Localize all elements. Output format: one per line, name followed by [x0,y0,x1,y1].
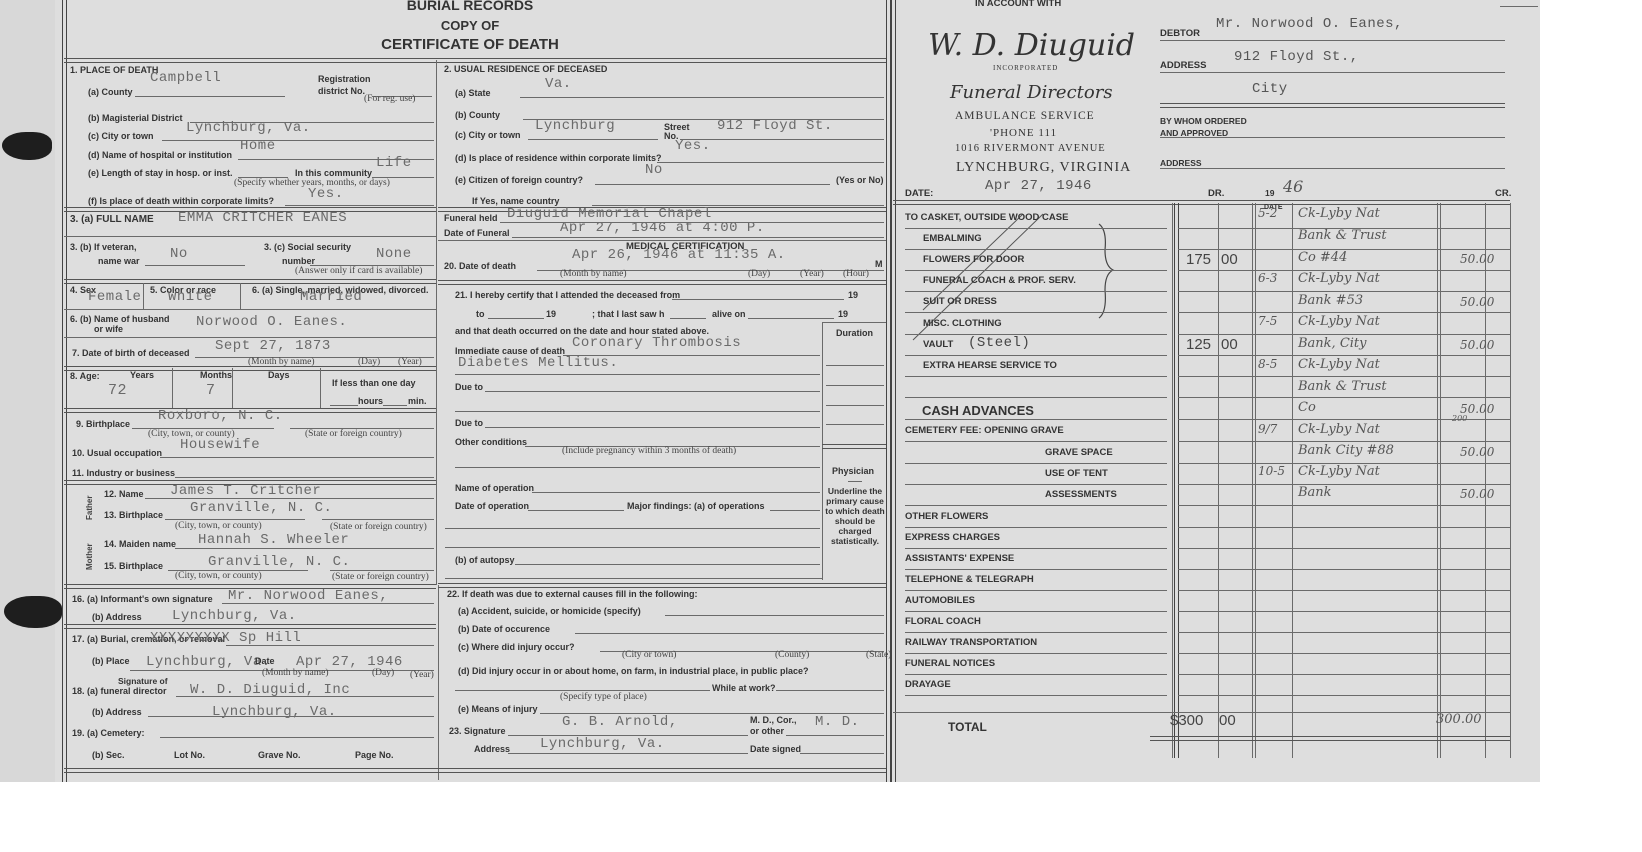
physician-address-label: Address [474,744,510,754]
corporate-field-line[interactable] [285,205,434,206]
due-to-line-3[interactable] [485,427,820,428]
father-tag: Father [85,496,94,520]
ledger-item-label: FLOWERS FOR DOOR [923,254,1024,265]
informant-signature-line[interactable] [222,603,434,604]
payment-note: Bank [1298,485,1332,500]
attended-from-line[interactable] [672,299,844,300]
ssn-label: 3. (c) Social security [264,242,351,252]
ledger-line [905,419,1167,420]
divider [438,280,886,285]
physician-address-line[interactable] [508,753,748,754]
day-note: (Day) [748,269,770,279]
burial-place-label: (b) Place [92,656,130,666]
county-note: (County) [775,650,809,660]
month-note: (Month by name) [560,269,627,279]
father-name-label: 12. Name [104,489,144,499]
citizen-line[interactable] [595,184,830,185]
residence-city-line[interactable] [528,139,658,140]
ledger-amount-line[interactable] [1178,505,1510,506]
payment-note: Bank City #88 [1298,443,1394,458]
veteran-label-2: name war [98,256,140,266]
funeral-date-line[interactable] [512,237,884,238]
ledger-line [905,611,1167,612]
birthplace-label: 9. Birthplace [76,419,130,429]
city-note: (City, town, or county) [175,521,262,531]
ledger-item-label: USE OF TENT [1045,468,1108,479]
residence-city-label: (c) City or town [455,130,521,140]
ledger-debit-amount: 125 [1186,336,1211,353]
header-certificate-title: CERTIFICATE OF DEATH [330,36,610,53]
ledger-line [905,632,1167,633]
years-label: Years [130,370,154,380]
payment-note: Ck-Lyby Nat [1298,464,1380,479]
divider [64,309,436,310]
payment-note: Ck-Lyby Nat [1298,206,1380,221]
operation-date-line[interactable] [528,510,624,511]
veteran-field-line[interactable] [145,265,245,266]
ledger-item-label: RAILWAY TRANSPORTATION [905,637,1037,648]
payment-date: 5-2 [1258,206,1277,220]
mother-state-line[interactable] [330,570,434,571]
payment-date: 8-5 [1258,357,1277,371]
ledger-item-label: SUIT OR DRESS [923,296,997,307]
payment-credit: 50.00 [1460,252,1494,266]
death-date-label: 20. Date of death [444,261,516,271]
ledger-line [905,569,1167,570]
state-note: (State or foreign country) [332,572,429,582]
divider [232,368,233,408]
registration-label: Registration [318,74,371,84]
immediate-cause-value: Coronary Thrombosis [572,335,741,351]
ledger-line [905,397,1167,398]
ledger-item-label: ASSESSMENTS [1045,489,1117,500]
year-prefix: 19 [1265,188,1274,198]
in-account-with: IN ACCOUNT WITH [975,0,1061,9]
marital-value: Married [300,289,362,305]
payment-note: Ck-Lyby Nat [1298,271,1380,286]
ledger-amount-line[interactable] [1178,376,1510,377]
birthplace-value: Roxboro, N. C. [158,408,283,424]
registration-label-2: district No. [318,86,365,96]
community-value: Life [376,155,412,171]
while-at-work-line[interactable] [776,690,884,691]
full-name-label: 3. (a) FULL NAME [70,214,154,225]
father-birthplace-label: 13. Birthplace [104,510,163,520]
months-label: Months [200,370,232,380]
alive-on-line[interactable] [748,318,834,319]
months-value: 7 [206,382,216,399]
date-signed-label: Date signed [750,744,801,754]
mother-tag: Mother [85,543,94,570]
divider [240,283,241,309]
findings-line-2[interactable] [445,528,820,529]
funeral-date-label: Date of Funeral [444,228,510,238]
ledger-debit-cents: 00 [1221,251,1238,268]
residence-corporate-label: (d) Is place of residence within corpora… [455,153,662,163]
while-at-work-label: While at work? [712,683,776,693]
operation-label: Name of operation [455,483,534,493]
residence-state-line[interactable] [520,97,884,98]
debtor-address-1: 912 Floyd St., [1234,49,1359,65]
ledger-line [905,653,1167,654]
alive-on-label: alive on [712,309,746,319]
residence-county-label: (b) County [455,110,500,120]
ledger-column-line [1172,203,1173,758]
occupation-field-line[interactable] [160,457,434,458]
residence-state-value: Va. [545,76,572,92]
director-address-value: Lynchburg, Va. [212,704,337,720]
injury-place-line[interactable] [455,690,710,691]
findings-line-3[interactable] [445,547,820,548]
ordered-by-line[interactable] [1160,137,1505,138]
ledger-amount-line[interactable] [1178,548,1510,549]
yes-no-note: (Yes or No) [836,175,884,185]
divider [445,578,823,579]
company-city: LYNCHBURG, VIRGINIA [956,160,1131,176]
age-label: 8. Age: [70,371,100,381]
dob-value: Sept 27, 1873 [215,338,331,354]
secondary-cause-line[interactable] [455,374,820,375]
ledger-item-label: DRAYAGE [905,679,951,690]
debit-label: DR. [1208,188,1224,199]
total-double-underline [1150,736,1510,741]
due-to-line-2[interactable] [455,411,820,412]
year-note: (Year) [800,269,824,279]
injury-location-label: (c) Where did injury occur? [458,642,575,652]
attended-to-line[interactable] [488,318,544,319]
ledger-item-label: ASSISTANTS' EXPENSE [905,553,1014,564]
burial-value: XXXXXXXXX Sp Hill [150,630,301,646]
physician-signature-value: G. B. Arnold, [562,714,678,730]
ledger-item-label: CASH ADVANCES [922,403,1034,418]
duration-column-border [822,322,823,580]
race-value: White [168,289,213,305]
ledger-line [905,312,1167,313]
corporate-label: (f) Is place of death within corporate l… [88,196,274,206]
ledger-item-label: MISC. CLOTHING [923,318,1002,329]
divider [320,368,321,408]
operation-line[interactable] [532,492,820,493]
pregnancy-note: (Include pregnancy within 3 months of de… [562,446,736,456]
physician-title-value: M. D. [815,714,860,730]
occupation-label: 10. Usual occupation [72,448,162,458]
occurrence-date-line[interactable] [575,633,884,634]
magisterial-label: (b) Magisterial District [88,113,183,123]
to-label: to [476,309,485,319]
ledger-item-label: AUTOMOBILES [905,595,975,606]
due-to-line[interactable] [485,391,820,392]
ledger-item-label: TELEPHONE & TELEGRAPH [905,574,1034,585]
ledger-amount-line[interactable] [1178,674,1510,675]
father-birthplace-line[interactable] [165,519,305,520]
ledger-amount-line[interactable] [1178,291,1510,292]
lot-label: Lot No. [174,750,205,760]
physician-label: Physician [832,466,874,476]
secondary-cause-value: Diabetes Mellitus. [458,355,618,371]
ledger-border-left [891,0,896,782]
total-debit: $300 [1170,712,1203,729]
divider [64,768,886,773]
hospital-label: (d) Name of hospital or institution [88,150,232,160]
ledger-item-label: FLORAL COACH [905,616,981,627]
ledger-amount-line[interactable] [1178,611,1510,612]
autopsy-label: (b) of autopsy [455,555,515,565]
place-of-death-heading: 1. PLACE OF DEATH [70,65,158,75]
county-value: Campbell [150,70,221,86]
total-debit-cents: 00 [1219,712,1236,729]
duration-line[interactable] [826,424,884,425]
corporate-value: Yes. [308,186,344,202]
ledger-line [905,291,1167,292]
place-note: (Specify type of place) [560,692,647,702]
veteran-value: No [170,246,188,262]
divider [822,322,886,323]
ink-blot [2,132,52,160]
duration-line[interactable] [826,385,884,386]
incorporated-label: INCORPORATED [993,64,1058,72]
veteran-label: 3. (b) If veteran, [70,242,137,252]
ssn-value: None [376,246,412,262]
year-prefix: 19 [838,309,848,319]
divider [822,444,886,449]
payment-note: Bank, City [1298,336,1367,351]
mother-birthplace-value: Granville, N. C. [208,554,350,570]
debtor-address-line[interactable] [1160,72,1505,73]
ledger-item-label: CEMETERY FEE: OPENING GRAVE [905,425,1064,436]
burial-place-value: Lynchburg, Va. [146,654,271,670]
date-label: DATE: [905,188,933,199]
title-label: M. D., Cor., [750,715,797,725]
payment-note: Bank & Trust [1298,228,1387,243]
physician-title-line[interactable] [786,735,884,736]
reg-use-note: (For reg. use) [364,94,415,104]
column-divider [436,60,437,585]
ledger-line [905,463,1167,464]
country-label: If Yes, name country [472,196,559,206]
ledger-line [905,228,1167,229]
ledger-debit-amount: 175 [1186,251,1211,268]
title-label-2: or other [750,726,784,736]
day-note: (Day) [372,668,394,678]
divider [172,368,173,408]
payment-note: Bank #53 [1298,293,1363,308]
autopsy-line[interactable] [515,564,820,565]
mother-name-value: Hannah S. Wheeler [198,532,349,548]
residence-city-value: Lynchburg [535,118,615,134]
ledger-amount-line[interactable] [1178,590,1510,591]
ledger-line [905,334,1167,335]
min-field-line[interactable] [383,405,407,406]
divider [64,236,436,237]
ledger-amount-line[interactable] [1178,527,1510,528]
ambulance-service: AMBULANCE SERVICE [955,110,1095,122]
ledger-item-label: GRAVE SPACE [1045,447,1113,458]
means-of-injury-label: (e) Means of injury [458,704,538,714]
physician-note: Underline the primary cause to which dea… [824,486,886,546]
payment-note: Co #44 [1298,250,1347,265]
director-label-2: 18. (a) funeral director [72,686,167,696]
payment-note: Co [1298,400,1316,415]
ledger-amount-line[interactable] [1178,355,1510,356]
operation-date-label: Date of operation [455,501,529,511]
ordered-address-line[interactable] [1160,168,1505,169]
ledger-amount-line[interactable] [1178,334,1510,335]
payment-date: 9/7 [1258,422,1277,436]
date-signed-line[interactable] [800,753,884,754]
ledger-amount-line[interactable] [1178,569,1510,570]
year-prefix: 19 [848,290,858,300]
m-label: M [875,259,883,269]
ledger-amount-line[interactable] [1178,695,1510,696]
director-address-line[interactable] [148,716,434,717]
ledger-column-line [1510,203,1511,758]
payment-credit: 50.00 [1460,445,1494,459]
debtor-address-2: City [1252,81,1288,97]
divider [1500,6,1538,7]
father-name-value: James T. Critcher [170,483,321,499]
duration-label: Duration [836,328,873,338]
hours-field-line[interactable] [330,405,358,406]
residence-heading: 2. USUAL RESIDENCE OF DECEASED [444,64,607,74]
grave-label: Grave No. [258,750,301,760]
duration-line[interactable] [826,405,884,406]
ledger-amount-line[interactable] [1178,441,1510,442]
debtor-value: Mr. Norwood O. Eanes, [1216,16,1403,32]
city-field-line[interactable] [162,140,434,141]
ledger-amount-line[interactable] [1178,484,1510,485]
company-street: 1016 RIVERMONT AVENUE [955,143,1106,154]
ledger-amount-line[interactable] [1178,397,1510,398]
ledger-item-label: EXPRESS CHARGES [905,532,1000,543]
state-note: (State) [866,650,891,660]
other-conditions-label: Other conditions [455,437,527,447]
state-note: (State or foreign country) [330,522,427,532]
years-value: 72 [108,382,127,399]
column-divider [438,585,439,780]
divider [64,279,436,284]
total-label: TOTAL [948,720,987,734]
city-label: (c) City or town [88,131,154,141]
ordered-by-label: BY WHOM ORDERED [1160,116,1247,126]
ledger-line [905,590,1167,591]
due-to-label: Due to [455,382,483,392]
invoice-date: Apr 27, 1946 [985,178,1092,194]
pronoun-line[interactable] [670,318,706,319]
hour-note: (Hour) [843,269,869,279]
ledger-item-label: TO CASKET, OUTSIDE WOOD CASE [905,212,1068,223]
sec-label: (b) Sec. [92,750,125,760]
mother-name-line[interactable] [175,548,434,549]
payment-date: 10-5 [1258,464,1285,478]
father-name-line[interactable] [145,498,434,499]
community-label: In this community [295,168,372,178]
header-burial-records: BURIAL RECORDS [330,0,610,13]
ledger-item-label: VAULT [923,339,953,350]
ledger-line [905,505,1167,506]
ledger-line [905,674,1167,675]
scanned-sheet: BURIAL RECORDS COPY OF CERTIFICATE OF DE… [0,0,1540,782]
industry-field-line[interactable] [175,477,434,478]
father-birthplace-value: Granville, N. C. [190,500,332,516]
ledger-debit-cents: 00 [1221,336,1238,353]
debtor-line[interactable] [1160,40,1505,41]
findings-line[interactable] [770,510,820,511]
ledger-item-label: OTHER FLOWERS [905,511,988,522]
hospital-value: Home [240,138,276,154]
debtor-label: DEBTOR [1160,28,1200,39]
ledger-item-label: FUNERAL NOTICES [905,658,995,669]
ledger-amount-line[interactable] [1178,312,1510,313]
full-name-value: EMMA CRITCHER EANES [178,210,347,226]
page-label: Page No. [355,750,394,760]
payment-note: Ck-Lyby Nat [1298,314,1380,329]
burial-date-label: Date [255,656,275,666]
other-conditions-line-2[interactable] [455,467,820,468]
ledger-amount-line[interactable] [1178,632,1510,633]
city-note: (City or town) [622,650,676,660]
ledger-line [905,695,1167,696]
physician-address-value: Lynchburg, Va. [540,736,665,752]
last-saw-label: ; that I last saw h [592,309,665,319]
header-copy-of: COPY OF [330,18,610,33]
debtor-address-line-2[interactable] [1160,103,1505,108]
divider [64,624,436,629]
spouse-label: 6. (b) Name of husband [70,314,170,324]
citizen-value: No [645,162,663,178]
ordered-address-label: ADDRESS [1160,158,1202,168]
residence-street-value: 912 Floyd St. [717,118,833,134]
ledger-line [905,270,1167,271]
ledger-line [905,527,1167,528]
ledger-amount-line[interactable] [1178,653,1510,654]
informant-address-value: Lynchburg, Va. [172,608,297,624]
spouse-label-2: or wife [94,324,123,334]
residence-corporate-line[interactable] [657,162,884,163]
days-label: Days [268,370,290,380]
accident-line[interactable] [665,615,884,616]
residence-state-label: (a) State [455,88,491,98]
ledger-item-label: EXTRA HEARSE SERVICE TO [923,360,1057,371]
payment-note: Ck-Lyby Nat [1298,357,1380,372]
state-note: (State or foreign country) [305,429,402,439]
company-name: W. D. Diuguid [928,28,1135,63]
payment-credit: 50.00 [1460,487,1494,501]
city-note: (City, town, or county) [175,571,262,581]
cemetery-field-line[interactable] [160,737,434,738]
director-label: Signature of [118,676,168,686]
payment-note: Bank & Trust [1298,379,1387,394]
duration-line[interactable] [826,365,884,366]
ledger-line [905,441,1167,442]
director-field-line[interactable] [176,696,434,697]
year-handwritten: 46 [1283,177,1303,196]
sex-value: Female [88,289,141,305]
less-than-day-label: If less than one day [332,378,416,388]
ledger-line [905,376,1167,377]
ledger-line [905,249,1167,250]
dob-label: 7. Date of birth of deceased [72,348,190,358]
external-causes-heading: 22. If death was due to external causes … [447,589,698,599]
ledger-item-label: FUNERAL COACH & PROF. SERV. [923,275,1076,286]
father-state-line[interactable] [322,519,434,520]
county-label: (a) County [88,87,133,97]
debtor-address-label: ADDRESS [1160,60,1206,71]
county-field-line[interactable] [135,96,285,97]
burial-field-line[interactable] [226,645,434,646]
left-margin-strip [0,0,55,782]
city-value: Lynchburg, Va. [186,120,311,136]
spouse-value: Norwood O. Eanes. [196,314,347,330]
